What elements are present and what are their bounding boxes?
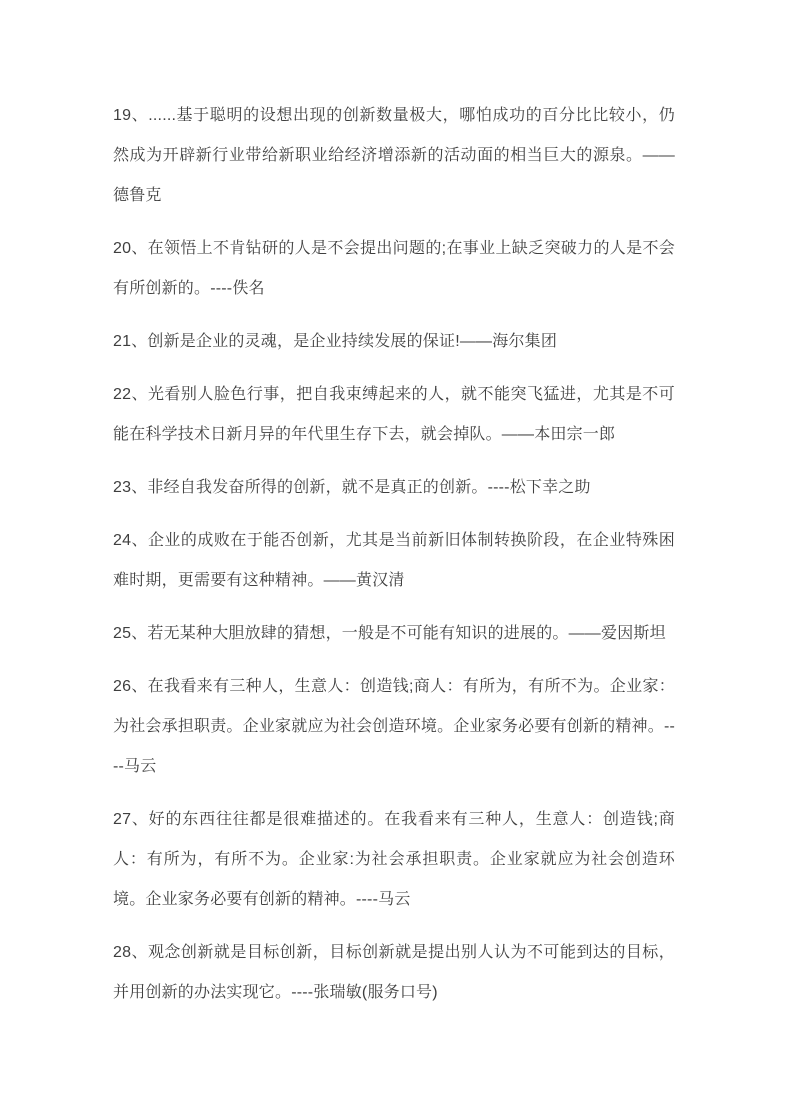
quote-paragraph-24: 24、企业的成败在于能否创新，尤其是当前新旧体制转换阶段，在企业特殊困难时期，更…	[113, 521, 675, 601]
quote-paragraph-25: 25、若无某种大胆放肆的猜想，一般是不可能有知识的进展的。——爱因斯坦	[113, 614, 675, 654]
quote-paragraph-20: 20、在领悟上不肯钻研的人是不会提出问题的;在事业上缺乏突破力的人是不会有所创新…	[113, 229, 675, 309]
quote-paragraph-22: 22、光看别人脸色行事，把自我束缚起来的人，就不能突飞猛进，尤其是不可能在科学技…	[113, 375, 675, 455]
quote-paragraph-23: 23、非经自我发奋所得的创新，就不是真正的创新。----松下幸之助	[113, 468, 675, 508]
quote-paragraph-26: 26、在我看来有三种人，生意人：创造钱;商人：有所为，有所不为。企业家：为社会承…	[113, 667, 675, 787]
document-page: 19、......基于聪明的设想出现的创新数量极大，哪怕成功的百分比比较小，仍然…	[0, 0, 792, 1120]
quote-paragraph-27: 27、好的东西往往都是很难描述的。在我看来有三种人，生意人：创造钱;商人：有所为…	[113, 800, 675, 920]
quote-paragraph-28: 28、观念创新就是目标创新，目标创新就是提出别人认为不可能到达的目标，并用创新的…	[113, 933, 675, 1013]
quote-paragraph-19: 19、......基于聪明的设想出现的创新数量极大，哪怕成功的百分比比较小，仍然…	[113, 96, 675, 216]
quote-paragraph-21: 21、创新是企业的灵魂，是企业持续发展的保证!——海尔集团	[113, 322, 675, 362]
